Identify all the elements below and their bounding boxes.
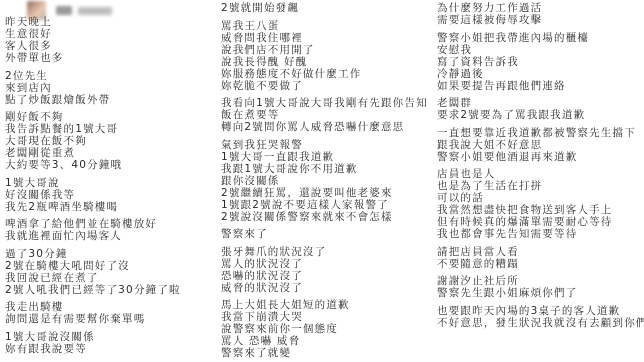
text-column-right: 為什麼努力工作過活需要這樣被侮辱攻擊警察小姐把我帶進內場的櫃檯安慰我寫了資料告訴… — [437, 2, 643, 334]
text-line: 妳服務態度不好做什麼工作 — [221, 68, 435, 80]
text-line: 罵我王八蛋 — [221, 20, 435, 32]
text-line: 說警察來前你一個態度 — [221, 323, 435, 335]
text-line: 我先2瓶啤酒坐騎樓喝 — [5, 201, 217, 213]
paragraph: 2位先生來到店內點了炒飯跟燴飯外帶 — [5, 70, 217, 106]
text-line: 警察小姐要他酒退再來道歉 — [437, 151, 643, 163]
text-line: 要求2號要為了罵我跟我道歉 — [437, 109, 643, 121]
text-column-left: 昨天晚上生意很好客人很多外帶單也多2位先生來到店內點了炒飯跟燴飯外帶剛好飯不夠我… — [5, 16, 217, 360]
text-line: 威脅問我住哪裡 — [221, 32, 435, 44]
text-line: 一直想要靠近我道歉都被警察先生擋下 — [437, 127, 643, 139]
paragraph: 過了30分鐘2號在騎樓大吼問好了沒我回說已經在煮了2號人吼我們已經等了30分鐘了… — [5, 248, 217, 296]
text-line: 過了30分鐘 — [5, 248, 217, 260]
text-line: 剛好飯不夠 — [5, 111, 217, 123]
text-line: 店員也是人 — [437, 168, 643, 180]
paragraph: 我走出騎樓詢問還是有需要幫你棄單嗎 — [5, 301, 217, 325]
text-line: 1號跟2號說不要這樣人家報警了 — [221, 199, 435, 211]
text-line: 跟我說大姐不好意思 — [437, 139, 643, 151]
paragraph: 馬上大姐長大姐短的道歉我當下崩潰大哭說警察來前你一個態度罵人 恐嚇 威脅警察來了… — [221, 299, 435, 359]
text-line: 詢問還是有需要幫你棄單嗎 — [5, 313, 217, 325]
text-line: 警察來了 — [221, 228, 435, 240]
text-line: 2號在騎樓大吼問好了沒 — [5, 260, 217, 272]
text-line: 如果要提告再跟他們連絡 — [437, 80, 643, 92]
text-line: 警察先生跟小姐麻煩你們了 — [437, 287, 643, 299]
paragraph: 張牙舞爪的狀況沒了罵人的狀況沒了恐嚇的狀況沒了威脅的狀況沒了 — [221, 246, 435, 294]
text-line: 謝謝汐止社后所 — [437, 275, 643, 287]
text-line: 跟你沒關係 — [221, 175, 435, 187]
text-line: 我回說已經在煮了 — [5, 272, 217, 284]
text-line: 老闆群 — [437, 97, 643, 109]
timestamp-redacted — [78, 7, 112, 15]
text-line: 也是為了生活在打拼 — [437, 180, 643, 192]
text-line: 外帶單也多 — [5, 52, 217, 64]
text-line: 我當下崩潰大哭 — [221, 311, 435, 323]
text-line: 氣到我狂哭報警 — [221, 139, 435, 151]
paragraph: 為什麼努力工作過活需要這樣被侮辱攻擊 — [437, 2, 643, 26]
text-line: 好沒關係我等 — [5, 189, 217, 201]
text-line: 冷靜過後 — [437, 68, 643, 80]
text-line: 馬上大姐長大姐短的道歉 — [221, 299, 435, 311]
text-line: 但有時候真的爆滿單需要耐心等待 — [437, 216, 643, 228]
text-line: 點了炒飯跟燴飯外帶 — [5, 94, 217, 106]
paragraph: 2號就開始發飆 — [221, 2, 435, 14]
post-page: 昨天晚上生意很好客人很多外帶單也多2位先生來到店內點了炒飯跟燴飯外帶剛好飯不夠我… — [0, 0, 644, 362]
paragraph: 老闆群要求2號要為了罵我跟我道歉 — [437, 97, 643, 121]
text-line: 說我們店不用開了 — [221, 44, 435, 56]
text-line: 也要跟昨天內場的3桌子的客人道歉 — [437, 305, 643, 317]
text-column-middle: 2號就開始發飆罵我王八蛋威脅問我住哪裡說我們店不用開了說我長得醜 好醜妳服務態度… — [221, 2, 435, 362]
paragraph: 氣到我狂哭報警1號大哥一直跟我道歉我跟1號大哥說你不用道歉跟你沒關係2號繼續狂罵… — [221, 139, 435, 223]
text-line: 威脅的狀況沒了 — [221, 282, 435, 294]
text-line: 大約要等3、40分鐘哦 — [5, 159, 217, 171]
text-line: 可以的話 — [437, 192, 643, 204]
text-line: 1號大哥說 — [5, 177, 217, 189]
text-line: 2號人吼我們已經等了30分鐘了啦 — [5, 284, 217, 296]
text-line: 飯在煮要等 — [221, 109, 435, 121]
text-line: 2位先生 — [5, 70, 217, 82]
paragraph: 一直想要靠近我道歉都被警察先生擋下跟我說大姐不好意思警察小姐要他酒退再來道歉 — [437, 127, 643, 163]
text-line: 客人很多 — [5, 40, 217, 52]
text-line: 我跟1號大哥說你不用道歉 — [221, 163, 435, 175]
text-line: 我當然想盡快把食物送到客人手上 — [437, 204, 643, 216]
paragraph: 警察小姐把我帶進內場的櫃檯安慰我寫了資料告訴我冷靜過後如果要提告再跟他們連絡 — [437, 32, 643, 92]
text-line: 2號說沒關係警察來就來不會怎樣 — [221, 211, 435, 223]
text-line: 罵人 恐嚇 威脅 — [221, 335, 435, 347]
text-line: 2號繼續狂罵，還說要叫他老婆來 — [221, 187, 435, 199]
paragraph: 1號大哥說好沒關係我等我先2瓶啤酒坐騎樓喝 — [5, 177, 217, 213]
text-line: 說我長得醜 好醜 — [221, 56, 435, 68]
text-line: 為什麼努力工作過活 — [437, 2, 643, 14]
paragraph: 昨天晚上生意很好客人很多外帶單也多 — [5, 16, 217, 64]
text-line: 妳有跟我說要等 — [5, 343, 217, 355]
text-line: 2號就開始發飆 — [221, 2, 435, 14]
text-line: 轉向2號問你罵人威脅恐嚇什麼意思 — [221, 121, 435, 133]
paragraph: 店員也是人也是為了生活在打拼可以的話我當然想盡快把食物送到客人手上但有時候真的爆… — [437, 168, 643, 240]
text-line: 張牙舞爪的狀況沒了 — [221, 246, 435, 258]
text-line: 請把店員當人看 — [437, 246, 643, 258]
text-line: 安慰我 — [437, 44, 643, 56]
text-line: 罵人的狀況沒了 — [221, 258, 435, 270]
text-line: 我告訴點餐的1號大哥 — [5, 123, 217, 135]
text-line: 需要這樣被侮辱攻擊 — [437, 14, 643, 26]
text-line: 大哥現在飯不夠 — [5, 135, 217, 147]
text-line: 1號大哥一直跟我道歉 — [221, 151, 435, 163]
text-line: 寫了資料告訴我 — [437, 56, 643, 68]
paragraph: 罵我王八蛋威脅問我住哪裡說我們店不用開了說我長得醜 好醜妳服務態度不好做什麼工作… — [221, 20, 435, 92]
paragraph: 也要跟昨天內場的3桌子的客人道歉不好意思，發生狀況我就沒有去顧到你們了 — [437, 305, 643, 329]
text-line: 生意很好 — [5, 28, 217, 40]
paragraph: 剛好飯不夠我告訴點餐的1號大哥大哥現在飯不夠老闆剛從重煮大約要等3、40分鐘哦 — [5, 111, 217, 171]
text-line: 警察小姐把我帶進內場的櫃檯 — [437, 32, 643, 44]
paragraph: 啤酒拿了給他們並在騎樓放好我就進裡面忙內場客人 — [5, 218, 217, 242]
paragraph: 請把店員當人看不要隨意的糟蹋 — [437, 246, 643, 270]
text-line: 昨天晚上 — [5, 16, 217, 28]
paragraph: 我看向1號大哥說大哥我剛有先跟你告知飯在煮要等轉向2號問你罵人威脅恐嚇什麼意思 — [221, 97, 435, 133]
text-line: 不好意思，發生狀況我就沒有去顧到你們了 — [437, 317, 643, 329]
text-line: 啤酒拿了給他們並在騎樓放好 — [5, 218, 217, 230]
author-name-redacted[interactable] — [56, 6, 72, 15]
text-line: 恐嚇的狀況沒了 — [221, 270, 435, 282]
text-line: 1號大哥說沒關係 — [5, 331, 217, 343]
text-line: 我就進裡面忙內場客人 — [5, 230, 217, 242]
paragraph: 1號大哥說沒關係妳有跟我說要等 — [5, 331, 217, 355]
paragraph: 謝謝汐止社后所警察先生跟小姐麻煩你們了 — [437, 275, 643, 299]
text-line: 警察來了就變 — [221, 347, 435, 359]
text-line: 我看向1號大哥說大哥我剛有先跟你告知 — [221, 97, 435, 109]
text-line: 不要隨意的糟蹋 — [437, 258, 643, 270]
text-line: 妳乾脆不要做了 — [221, 80, 435, 92]
paragraph: 警察來了 — [221, 228, 435, 240]
text-line: 我走出騎樓 — [5, 301, 217, 313]
text-line: 老闆剛從重煮 — [5, 147, 217, 159]
text-line: 來到店內 — [5, 82, 217, 94]
text-line: 我也都會事先告知需要等待 — [437, 228, 643, 240]
